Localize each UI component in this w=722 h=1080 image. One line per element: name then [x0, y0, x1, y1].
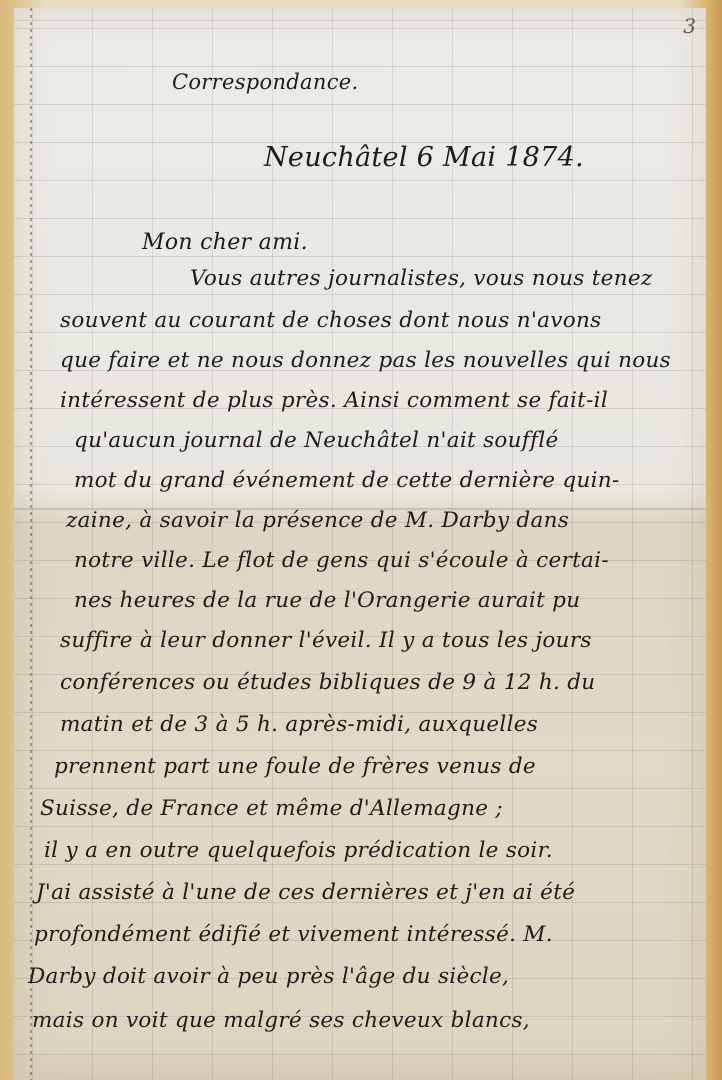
letter-line: J'ai assisté à l'une de ces dernières et…: [36, 880, 575, 905]
letter-line: que faire et ne nous donnez pas les nouv…: [60, 348, 671, 373]
letter-line: Vous autres journalistes, vous nous tene…: [190, 266, 653, 291]
letter-line: conférences ou études bibliques de 9 à 1…: [60, 670, 595, 695]
letter-dateline: Neuchâtel 6 Mai 1874.: [264, 142, 584, 173]
letter-line: qu'aucun journal de Neuchâtel n'ait souf…: [74, 428, 559, 453]
letter-line: zaine, à savoir la présence de M. Darby …: [66, 508, 569, 533]
letter-line: mais on voit que malgré ses cheveux blan…: [32, 1008, 530, 1033]
letter-line: nes heures de la rue de l'Orangerie aura…: [74, 588, 580, 613]
letter-line: Darby doit avoir à peu près l'âge du siè…: [28, 964, 509, 989]
letter-line: Suisse, de France et même d'Allemagne ;: [40, 796, 503, 821]
letter-text: Correspondance. Neuchâtel 6 Mai 1874. Mo…: [14, 8, 706, 1080]
letter-line: souvent au courant de choses dont nous n…: [60, 308, 601, 333]
letter-heading: Correspondance.: [172, 70, 358, 94]
letter-salutation: Mon cher ami.: [142, 230, 308, 255]
letter-line: profondément édifié et vivement intéress…: [34, 922, 553, 947]
letter-line: matin et de 3 à 5 h. après-midi, auxquel…: [60, 712, 538, 737]
photo-frame: 3 Correspondance. Neuchâtel 6 Mai 1874. …: [0, 0, 722, 1080]
letter-line: suffire à leur donner l'éveil. Il y a to…: [60, 628, 592, 653]
letter-line: prennent part une foule de frères venus …: [54, 754, 536, 779]
letter-line: il y a en outre quelquefois prédication …: [44, 838, 553, 863]
letter-paper: 3 Correspondance. Neuchâtel 6 Mai 1874. …: [14, 8, 706, 1080]
letter-line: intéressent de plus près. Ainsi comment …: [60, 388, 608, 413]
letter-line: notre ville. Le flot de gens qui s'écoul…: [74, 548, 609, 573]
letter-line: mot du grand événement de cette dernière…: [74, 468, 620, 493]
